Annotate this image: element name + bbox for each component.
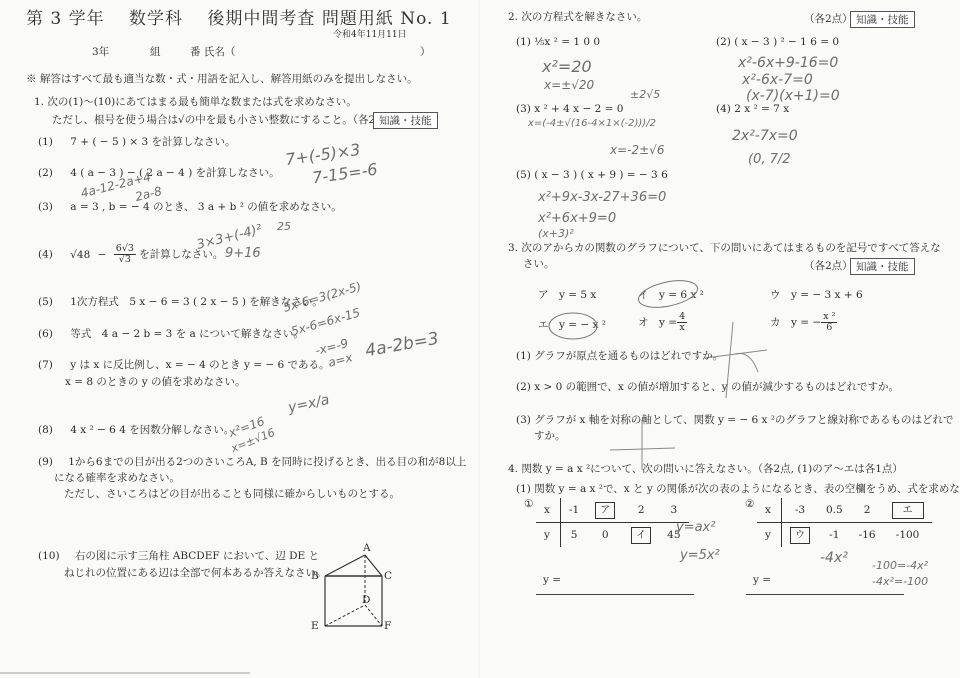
question-1-4: (4) √48 − 6√3√3 を計算しなさい。 — [38, 244, 223, 265]
question-3-3: (3) グラフが x 軸を対称の軸として、関数 y = − 6 x ²のグラフと… — [516, 413, 953, 427]
question-text: 1から6までの目が出る2つのさいころA, B を同時に投げるとき、出る目の和が8… — [68, 456, 466, 468]
vertex-label-c: C — [384, 569, 392, 583]
vertex-label-a: A — [363, 541, 371, 555]
handwritten-note: 25 — [277, 220, 291, 233]
question-1-5: (5) 1次方程式 5 x − 6 = 3 ( 2 x − 5 ) を解きなさい… — [38, 295, 323, 309]
question-1-8: (8) 4 x ² − 6 4 を因数分解しなさい。 — [38, 423, 234, 437]
question-1-7: (7) y は x に反比例し、x = − 4 のとき y = − 6 である。 — [38, 358, 330, 372]
section4-heading: 4. 関数 y = a x ²について、次の問いに答えなさい。（各2点, (1)… — [508, 462, 903, 476]
page-title: 第 3 学年 数学科 後期中間考査 問題用紙 No. 1 — [26, 4, 452, 29]
question-1-9-line3: ただし、さいころはどの目が出ることも同様に確からしいものとする。 — [64, 487, 400, 501]
number-name-label: 番 氏名（ — [190, 45, 235, 59]
answer2-line[interactable] — [746, 594, 904, 595]
vertex-label-d: D — [362, 593, 370, 607]
question-text: 右の図に示す三角柱 ABCDEF において、辺 DE と — [75, 550, 319, 562]
question-number: (10) — [38, 550, 60, 562]
handwritten-note: y=x/a — [287, 392, 331, 416]
question-text: y は x に反比例し、x = − 4 のとき y = − 6 である。 — [70, 359, 329, 371]
exam-date: 令和4年11月11日 — [333, 27, 407, 40]
question-text: a = 3 , b = − 4 のとき、 3 a + b ² の値を求めなさい。 — [70, 201, 342, 213]
value-table-2: x -3 0.5 2 エ y ウ -1 -16 -100 — [757, 498, 932, 547]
value-table-1: x -1 ア 2 3 y 5 0 イ 45 — [536, 498, 689, 547]
question-1-9: (9) 1から6までの目が出る2つのさいころA, B を同時に投げるとき、出る目… — [38, 455, 466, 469]
section1-heading: 1. 次の(1)～(10)にあてはまる最も簡単な数または式を求めなさい。 — [34, 95, 357, 109]
question-text: 4 ( a − 3 ) − ( 2 a − 4 ) を計算しなさい。 — [70, 167, 279, 179]
question-text: 等式 4 a − 2 b = 3 を a について解きなさい。 — [70, 328, 304, 340]
answer1-label: y = — [543, 573, 561, 587]
vertex-label-b: B — [311, 569, 319, 583]
question-1-10-line2: ねじれの位置にある辺は全部で何本あるか答えなさい。 — [64, 566, 327, 580]
exam-page-right: 2. 次の方程式を解きなさい。 （各2点） 知識・技能 (1) ⅕x ² = 1… — [480, 0, 960, 678]
handwritten-note: -4x²=-100 — [872, 575, 928, 588]
section1-subheading: ただし、根号を使う場合は√の中を最も小さい整数にすること。（各2点） — [52, 113, 396, 127]
question-1-6: (6) 等式 4 a − 2 b = 3 を a について解きなさい。 — [38, 327, 304, 341]
exam-page-left: 第 3 学年 数学科 後期中間考査 問題用紙 No. 1 令和4年11月11日 … — [0, 0, 478, 678]
question-text: 7 + ( − 5 ) × 3 を計算しなさい。 — [70, 136, 235, 148]
fraction: 6√3√3 — [114, 244, 136, 265]
answer1-line[interactable] — [536, 594, 694, 595]
name-close-paren: ） — [420, 45, 431, 59]
question-number: (4) — [38, 249, 53, 261]
handwritten-note: -100=-4x² — [872, 559, 928, 572]
grade-label: 3年 — [92, 45, 109, 59]
question-3-3-line2: すか。 — [534, 429, 566, 443]
question-3-1: (1) グラフが原点を通るものはどれですか。 — [516, 349, 723, 363]
question-1-10: (10) 右の図に示す三角柱 ABCDEF において、辺 DE と — [38, 549, 319, 563]
blank-a[interactable]: ア — [595, 502, 615, 519]
knowledge-skill-badge: 知識・技能 — [373, 112, 438, 129]
answer2-label: y = — [753, 573, 771, 587]
question-number: (6) — [38, 328, 53, 340]
question-1-3: (3) a = 3 , b = − 4 のとき、 3 a + b ² の値を求め… — [38, 200, 342, 214]
handwritten-note: -4x² — [820, 550, 848, 566]
blank-e[interactable]: エ — [892, 502, 924, 519]
question-1-2: (2) 4 ( a − 3 ) − ( 2 a − 4 ) を計算しなさい。 — [38, 166, 280, 180]
question-text: を計算しなさい。 — [139, 249, 223, 261]
question-number: (8) — [38, 424, 53, 436]
question-4-1: (1) 関数 y = a x ²で、x と y の関係が次の表のようになるとき、… — [516, 482, 960, 496]
question-1-7-line2: x = 8 のときの y の値を求めなさい。 — [65, 375, 246, 389]
sqrt-expression: √48 — [70, 249, 90, 261]
handwritten-note: y=5x² — [680, 548, 720, 563]
question-number: (1) — [38, 136, 53, 148]
vertex-label-f: F — [384, 619, 391, 633]
question-number: (3) — [38, 201, 53, 213]
handwritten-note: 9+16 — [225, 246, 261, 261]
question-number: (5) — [38, 296, 53, 308]
question-3-2: (2) x > 0 の範囲で、x の値が増加すると、y の値が減少するものはどれ… — [516, 380, 899, 394]
page-edge-shadow — [0, 672, 250, 674]
vertex-label-e: E — [311, 619, 319, 633]
question-1-1: (1) 7 + ( − 5 ) × 3 を計算しなさい。 — [38, 135, 236, 149]
question-number: (9) — [38, 456, 53, 468]
question-number: (7) — [38, 359, 53, 371]
question-1-9-line2: になる確率を求めなさい。 — [54, 471, 180, 485]
table2-marker: ② — [745, 497, 754, 511]
blank-u[interactable]: ウ — [790, 527, 810, 544]
question-number: (2) — [38, 167, 53, 179]
instruction-note: ※ 解答はすべて最も適当な数・式・用語を記入し、解答用紙のみを提出しなさい。 — [26, 72, 418, 86]
table1-marker: ① — [524, 497, 533, 511]
question-text: 4 x ² − 6 4 を因数分解しなさい。 — [70, 424, 234, 436]
class-label: 組 — [150, 45, 161, 59]
handwritten-note: 4a-2b=3 — [364, 329, 440, 362]
blank-i[interactable]: イ — [631, 527, 651, 544]
handwritten-note: y=ax² — [676, 520, 715, 535]
